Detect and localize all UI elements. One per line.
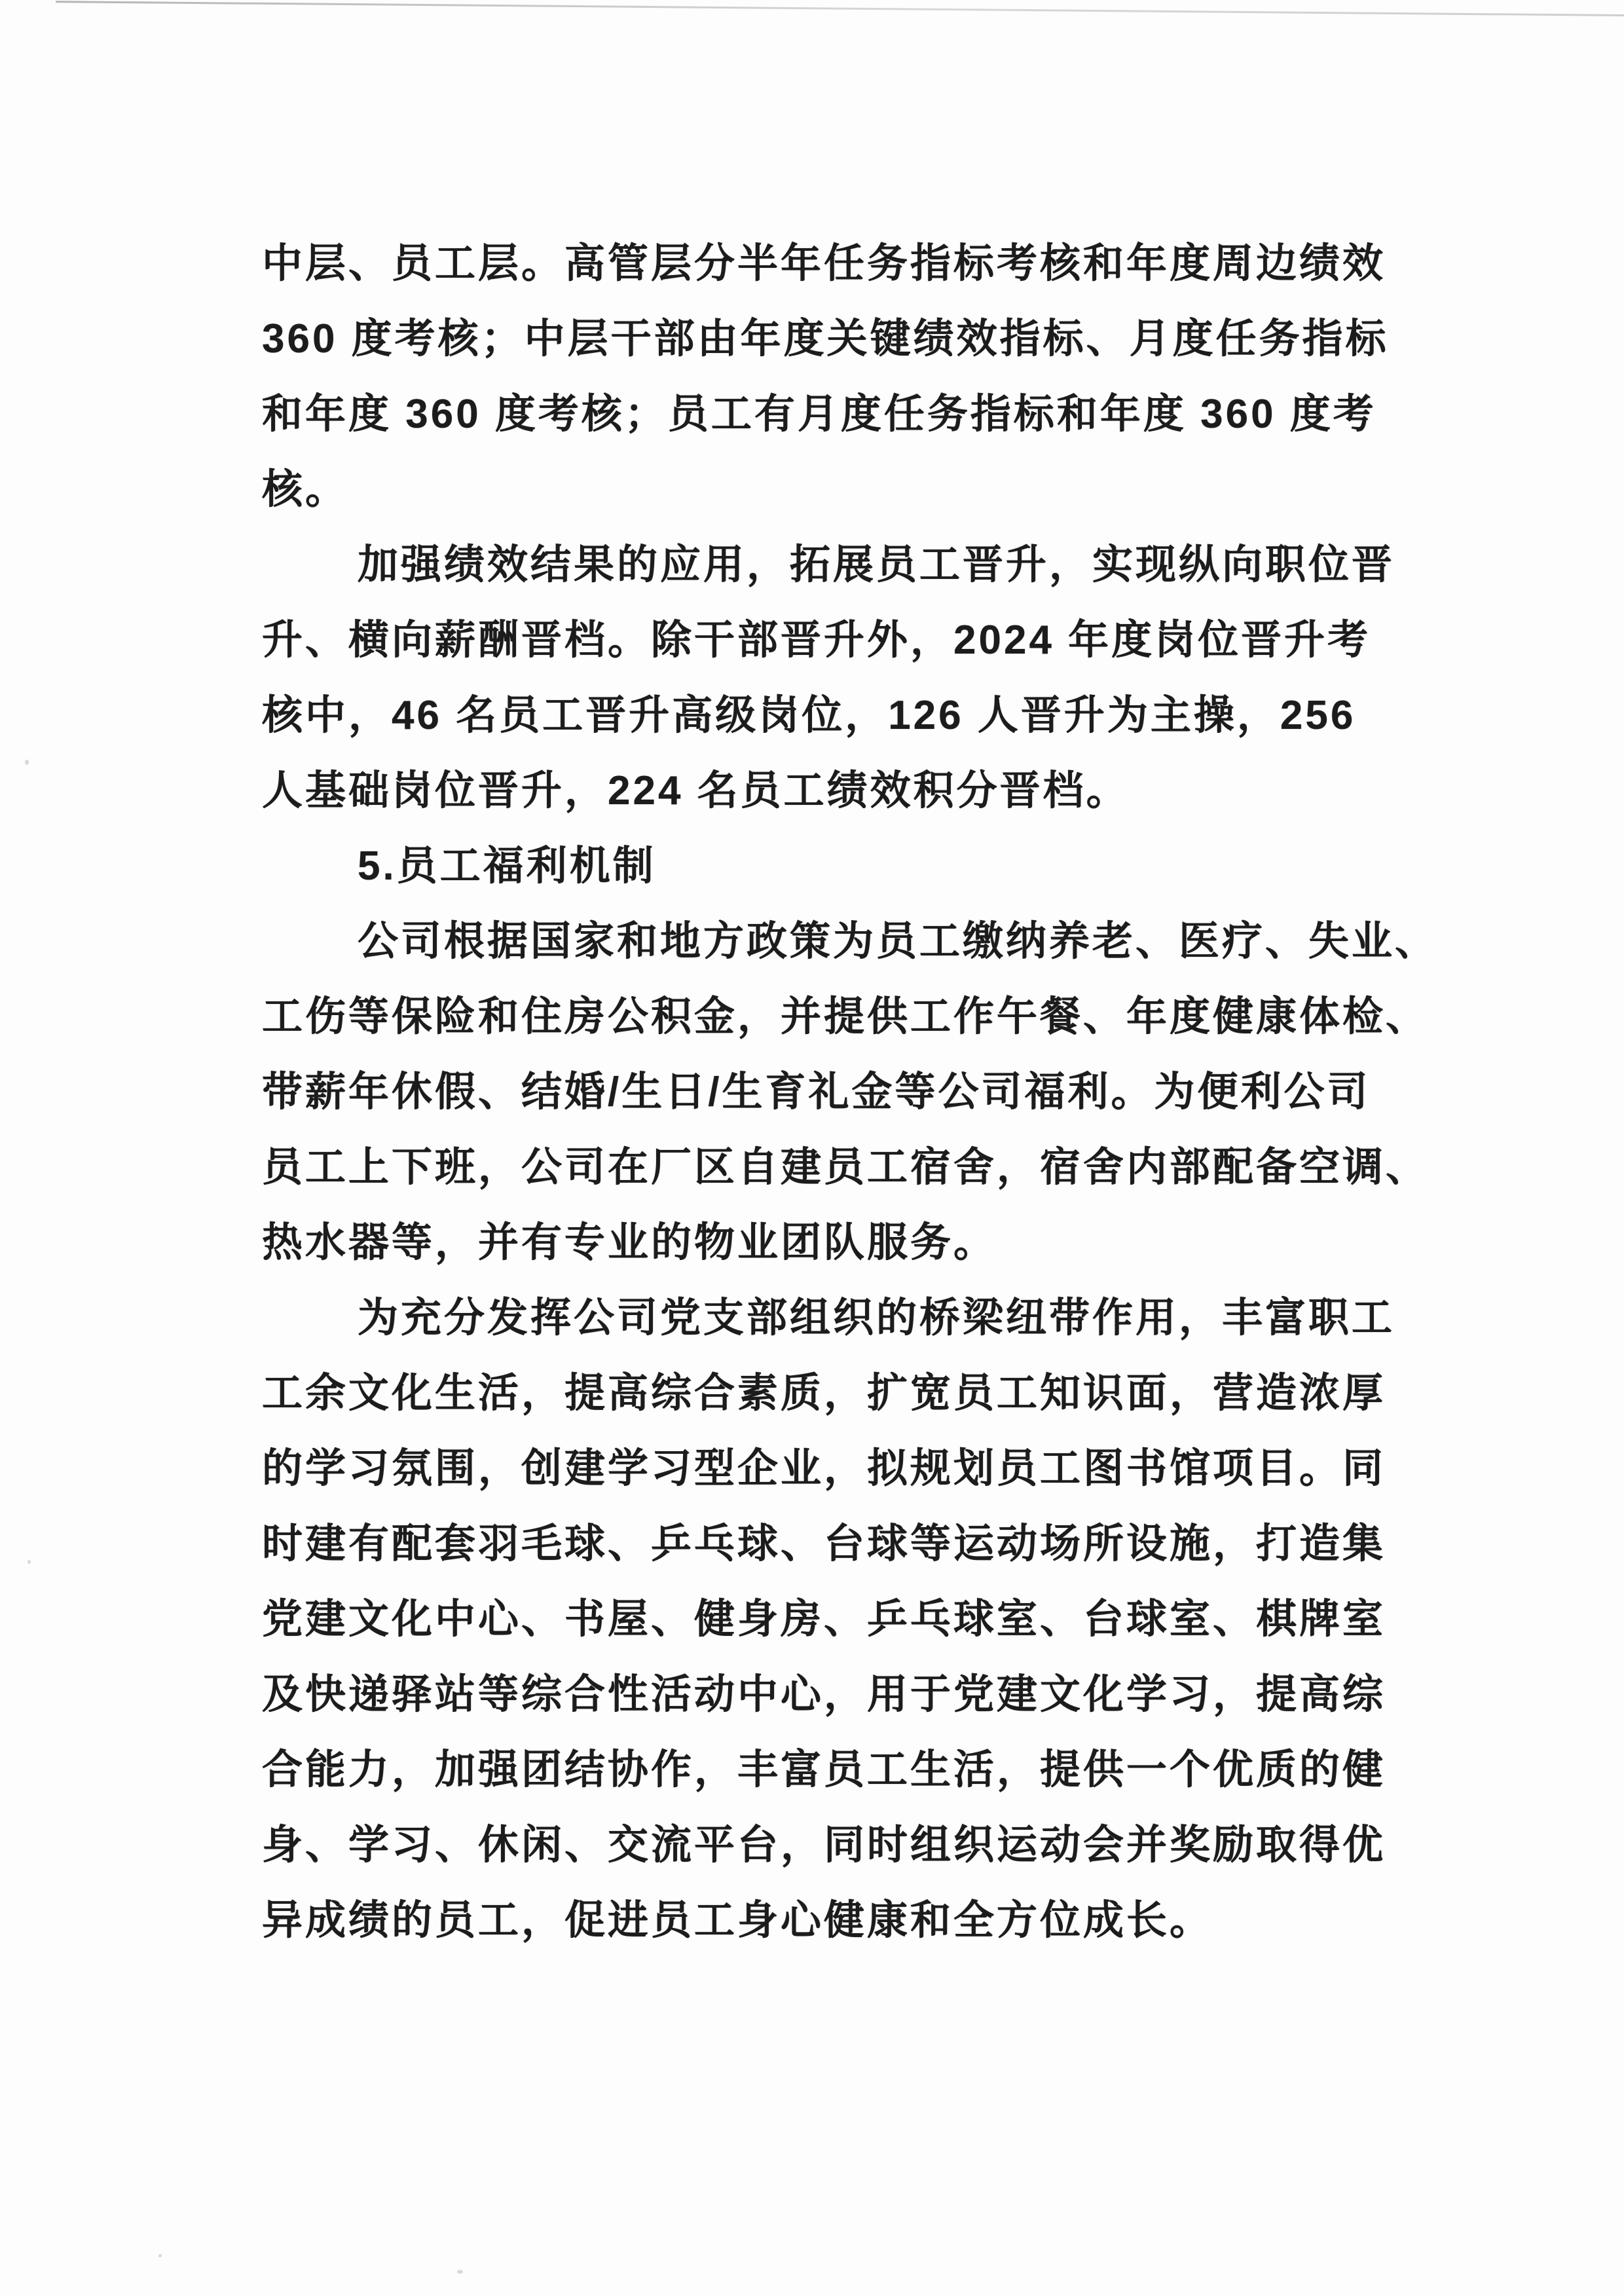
- document-line: 异成绩的员工，促进员工身心健康和全方位成长。: [262, 1883, 1414, 1958]
- scan-speck: [158, 2254, 162, 2257]
- document-line: 员工上下班，公司在厂区自建员工宿舍，宿舍内部配备空调、: [262, 1130, 1414, 1205]
- scan-speck: [28, 1560, 31, 1564]
- document-line: 党建文化中心、书屋、健身房、乒乓球室、台球室、棋牌室: [262, 1582, 1414, 1657]
- document-text: 中层、员工层。高管层分半年任务指标考核和年度周边绩效 360 度考核；中层干部由…: [262, 226, 1414, 1958]
- document-line: 热水器等，并有专业的物业团队服务。: [262, 1205, 1414, 1280]
- document-line: 时建有配套羽毛球、乒乓球、台球等运动场所设施，打造集: [262, 1506, 1414, 1582]
- document-line: 人基础岗位晋升，224 名员工绩效积分晋档。: [262, 753, 1414, 828]
- document-line: 工余文化生活，提高综合素质，扩宽员工知识面，营造浓厚: [262, 1356, 1414, 1431]
- document-line: 中层、员工层。高管层分半年任务指标考核和年度周边绩效: [262, 226, 1414, 301]
- document-line: 公司根据国家和地方政策为员工缴纳养老、医疗、失业、: [262, 904, 1414, 979]
- document-line: 为充分发挥公司党支部组织的桥梁纽带作用，丰富职工: [262, 1280, 1414, 1356]
- document-line: 360 度考核；中层干部由年度关键绩效指标、月度任务指标: [262, 301, 1414, 377]
- document-line: 的学习氛围，创建学习型企业，拟规划员工图书馆项目。同: [262, 1431, 1414, 1506]
- document-line: 合能力，加强团结协作，丰富员工生活，提供一个优质的健: [262, 1732, 1414, 1807]
- scan-speck: [25, 760, 29, 765]
- scan-artifact-line: [56, 1, 1624, 16]
- document-line: 及快递驿站等综合性活动中心，用于党建文化学习，提高综: [262, 1657, 1414, 1732]
- document-line: 和年度 360 度考核；员工有月度任务指标和年度 360 度考: [262, 377, 1414, 452]
- scanned-page: 中层、员工层。高管层分半年任务指标考核和年度周边绩效 360 度考核；中层干部由…: [0, 0, 1624, 2296]
- document-line: 带薪年休假、结婚/生日/生育礼金等公司福利。为便利公司: [262, 1054, 1414, 1130]
- document-line: 核。: [262, 452, 1414, 527]
- document-line: 升、横向薪酬晋档。除干部晋升外，2024 年度岗位晋升考: [262, 602, 1414, 678]
- document-section-heading: 5.员工福利机制: [262, 828, 1414, 904]
- document-line: 加强绩效结果的应用，拓展员工晋升，实现纵向职位晋: [262, 527, 1414, 602]
- document-line: 身、学习、休闲、交流平台，同时组织运动会并奖励取得优: [262, 1807, 1414, 1883]
- scan-speck: [457, 2270, 463, 2274]
- document-line: 工伤等保险和住房公积金，并提供工作午餐、年度健康体检、: [262, 979, 1414, 1054]
- document-line: 核中，46 名员工晋升高级岗位，126 人晋升为主操，256: [262, 678, 1414, 753]
